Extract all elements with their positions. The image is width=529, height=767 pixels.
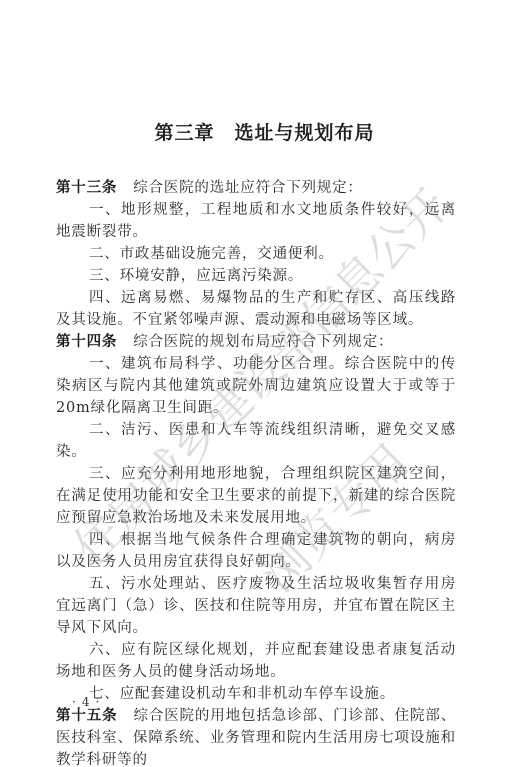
chapter-title: 第三章 选址与规划布局: [0, 118, 529, 145]
article-14-item-6: 六、应有院区绿化规划，并应配套建设患者康复活动场地和医务人员的健身活动场地。: [56, 639, 456, 683]
article-13-item-2: 二、市政基础设施完善，交通便利。: [56, 243, 456, 265]
article-14-item-3: 三、应充分利用地形地貌，合理组织院区建筑空间，在满足使用功能和安全卫生要求的前提…: [56, 463, 456, 529]
article-14-item-5: 五、污水处理站、医疗废物及生活垃圾收集暂存用房宜远离门（急）诊、医技和住院等用房…: [56, 573, 456, 639]
body-text: 第十三条综合医院的选址应符合下列规定： 一、地形规整，工程地质和水文地质条件较好…: [56, 177, 456, 767]
article-14-item-7: 七、应配套建设机动车和非机动车停车设施。: [56, 683, 456, 705]
article-14: 第十四条综合医院的规划布局应符合下列规定：: [56, 331, 456, 353]
article-lead: 综合医院的规划布局应符合下列规定：: [133, 334, 393, 350]
article-13-item-3: 三、环境安静，应远离污染源。: [56, 265, 456, 287]
article-lead: 综合医院的选址应符合下列规定：: [133, 180, 363, 196]
article-14-item-2: 二、洁污、医患和人车等流线组织清晰，避免交叉感染。: [56, 419, 456, 463]
article-number: 第十五条: [56, 708, 117, 724]
article-13-item-4: 四、远离易燃、易爆物品的生产和贮存区、高压线路及其设施。不宜紧邻噪声源、震动源和…: [56, 287, 456, 331]
article-14-item-1: 一、建筑布局科学、功能分区合理。综合医院中的传染病区与院内其他建筑或院外周边建筑…: [56, 353, 456, 419]
article-14-item-4: 四、根据当地气候条件合理确定建筑物的朝向，病房以及医务人员用房宜获得良好朝向。: [56, 529, 456, 573]
article-15: 第十五条综合医院的用地包括急诊部、门诊部、住院部、医技科室、保障系统、业务管理和…: [56, 705, 456, 767]
page-number: ·4·: [72, 695, 105, 709]
article-number: 第十三条: [56, 180, 117, 196]
article-number: 第十四条: [56, 334, 117, 350]
article-13: 第十三条综合医院的选址应符合下列规定：: [56, 177, 456, 199]
article-13-item-1: 一、地形规整，工程地质和水文地质条件较好，远离地震断裂带。: [56, 199, 456, 243]
document-page: 第三章 选址与规划布局 第十三条综合医院的选址应符合下列规定： 一、地形规整，工…: [0, 0, 529, 767]
